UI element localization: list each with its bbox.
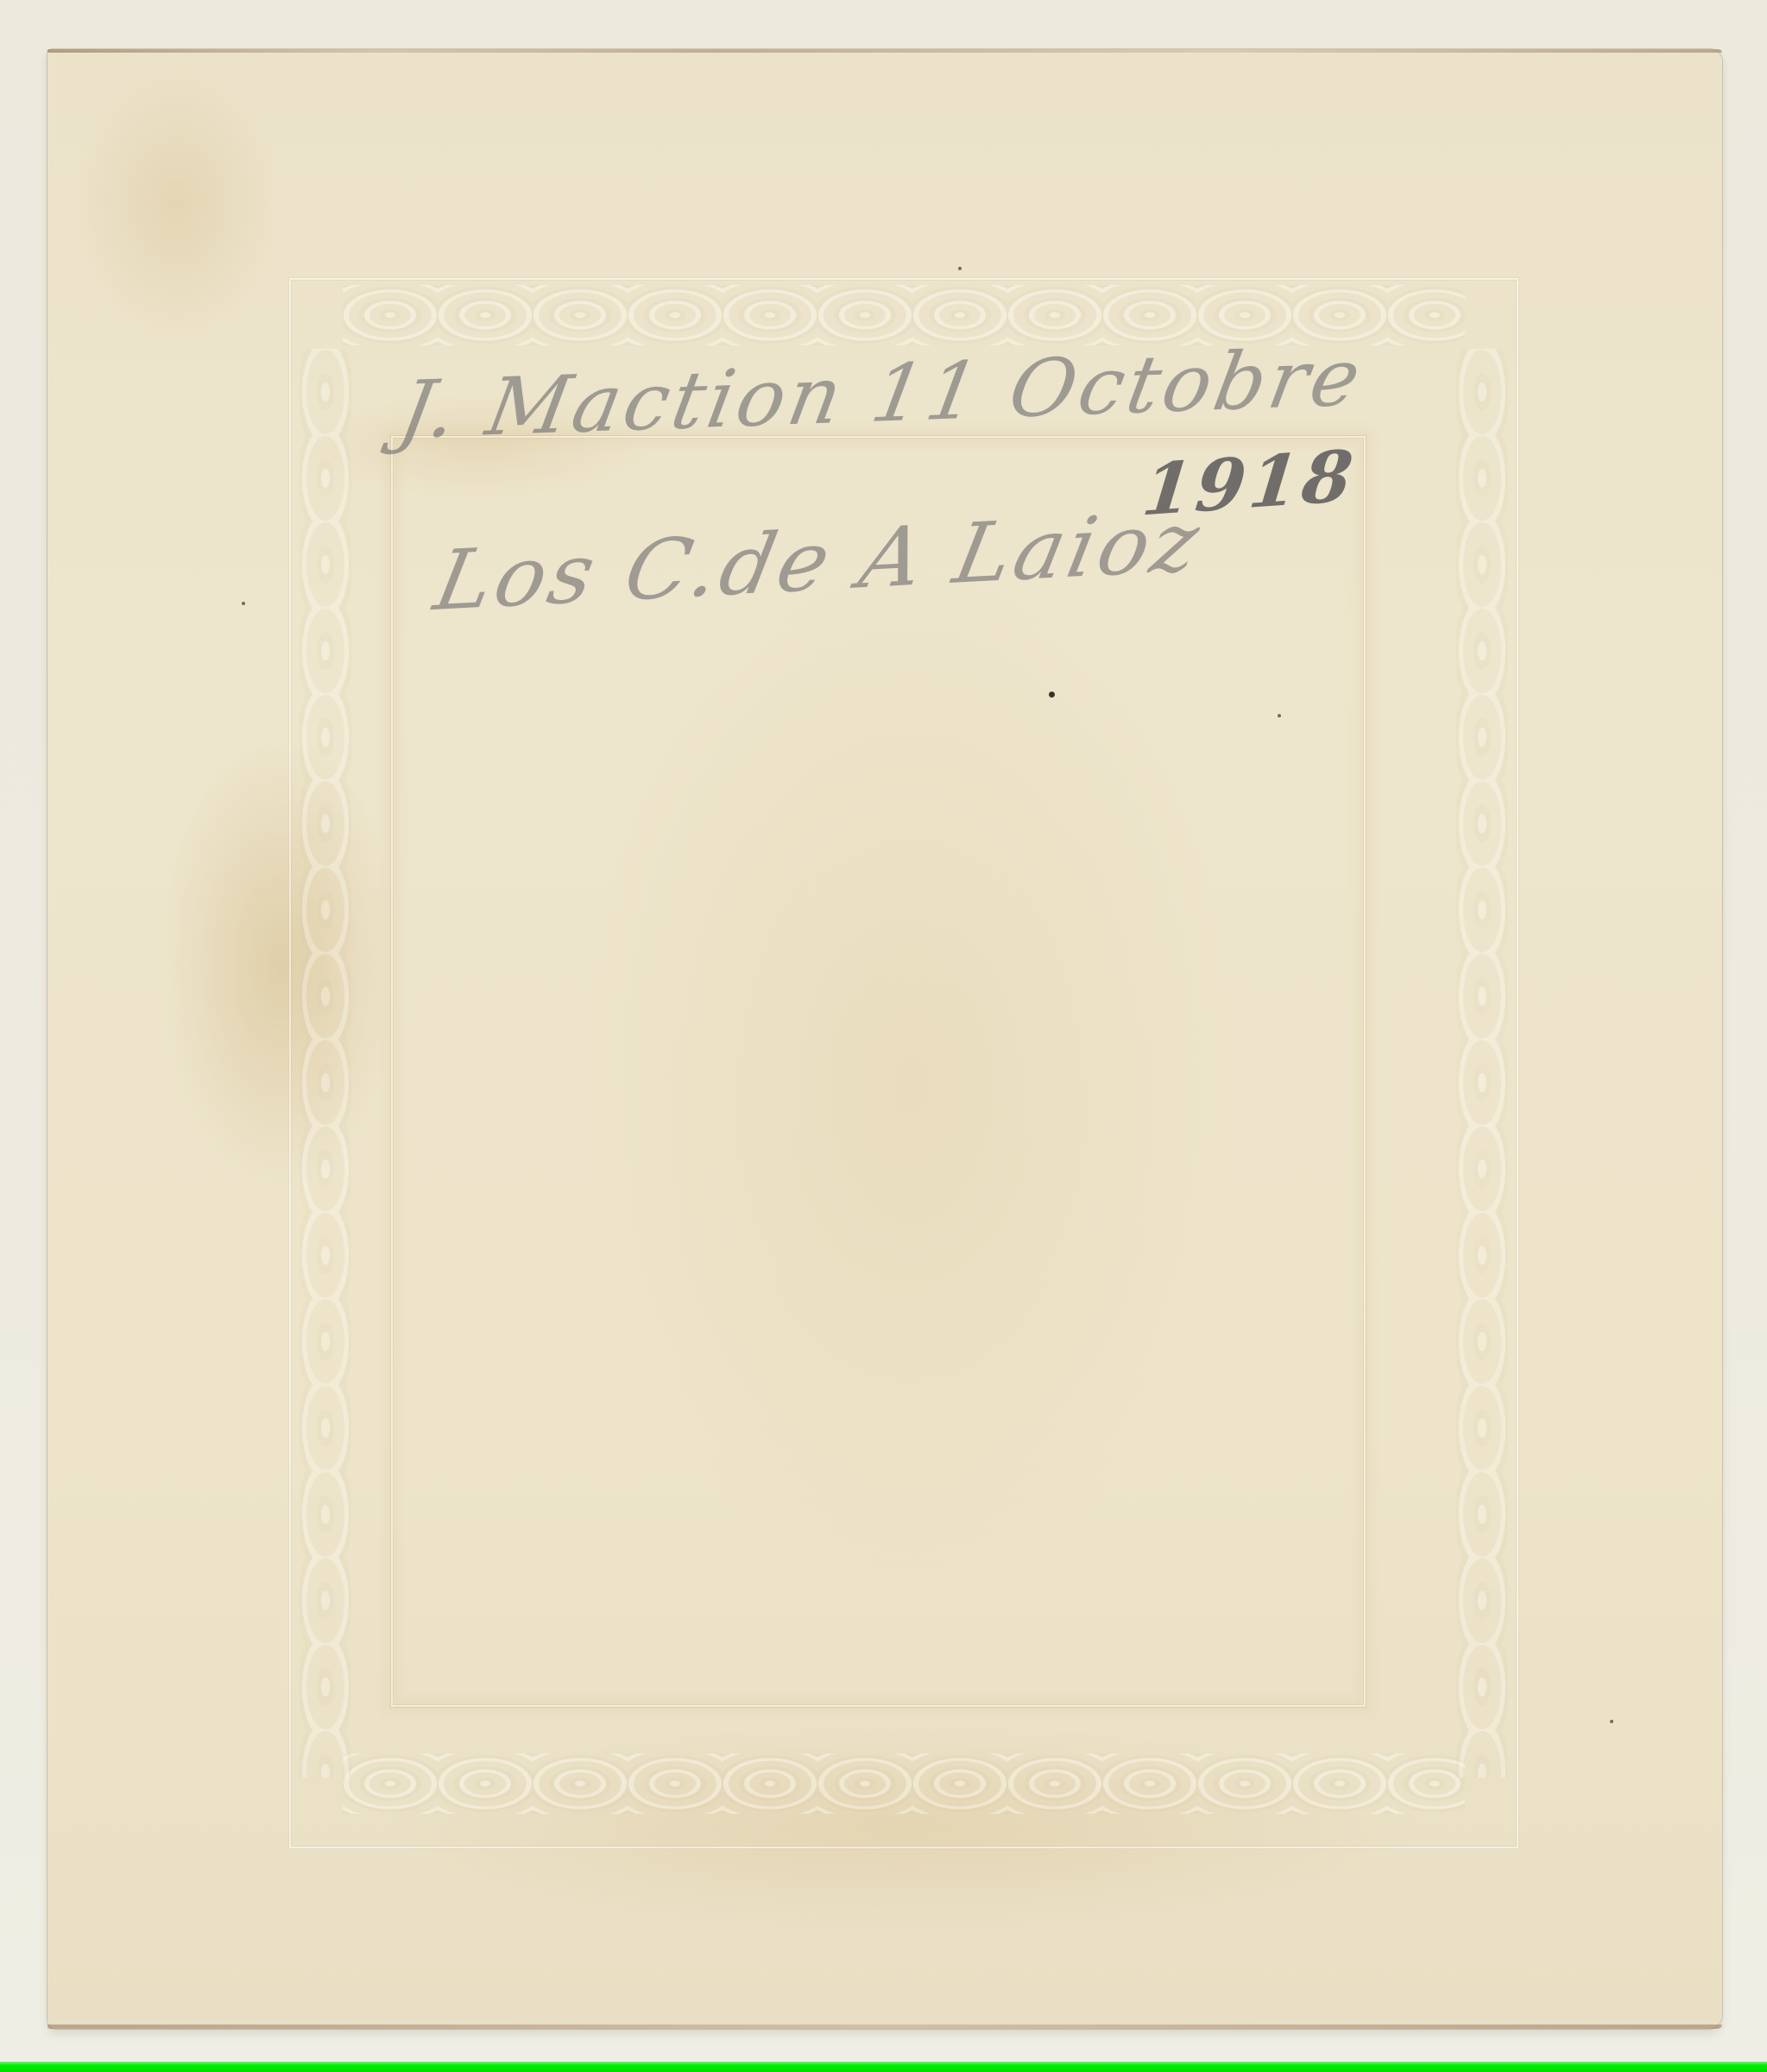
ink-speck [1610,1720,1613,1723]
embossed-scroll-band-left [300,349,351,1778]
embossed-scroll-band-right [1456,349,1508,1778]
card-bottom-edge [47,2025,1722,2029]
embossed-frame-inner [391,436,1366,1707]
ink-speck [242,602,245,605]
embossed-scroll-band-bottom [343,1753,1465,1814]
card-top-edge [47,49,1722,53]
ink-speck [958,267,962,270]
ink-speck [1278,714,1281,717]
card-mount: J. Maction 11 Octobre 1918 Los C.de A La… [47,49,1722,2029]
ink-speck [1049,692,1055,698]
bottom-green-bar [0,2062,1767,2072]
